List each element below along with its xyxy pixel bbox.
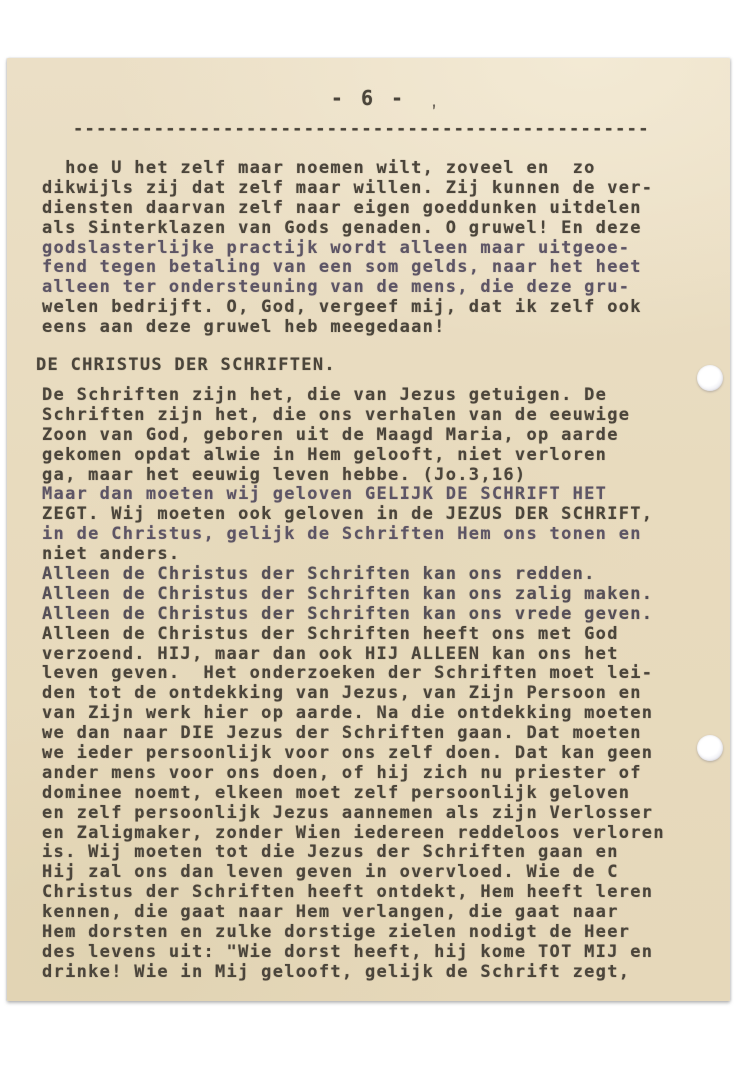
text-line: ga, maar het eeuwig leven hebbe. (Jo.3,1… — [42, 466, 665, 486]
text-line: eens aan deze gruwel heb meegedaan! — [42, 318, 653, 338]
text-line: verzoend. HIJ, maar dan ook HIJ ALLEEN k… — [42, 645, 665, 665]
text-line: Christus der Schriften heeft ontdekt, He… — [42, 883, 665, 903]
text-line: Zoon van God, geboren uit de Maagd Maria… — [42, 426, 665, 446]
text-line: we dan naar DIE Jezus der Schriften gaan… — [42, 724, 665, 744]
paragraph-1: hoe U het zelf maar noemen wilt, zoveel … — [42, 159, 653, 338]
text-line: welen bedrijft. O, God, vergeef mij, dat… — [42, 298, 653, 318]
text-line: drinke! Wie in Mij gelooft, gelijk de Sc… — [42, 963, 665, 983]
text-line: fend tegen betaling van een som gelds, n… — [42, 258, 653, 278]
text-line: hoe U het zelf maar noemen wilt, zoveel … — [42, 159, 653, 179]
text-line: kennen, die gaat naar Hem verlangen, die… — [42, 903, 665, 923]
text-line: Alleen de Christus der Schriften kan ons… — [42, 585, 665, 605]
text-line: Alleen de Christus der Schriften kan ons… — [42, 605, 665, 625]
text-line: diensten daarvan zelf naar eigen goeddun… — [42, 199, 653, 219]
text-line: en zelf persoonlijk Jezus aannemen als z… — [42, 804, 665, 824]
text-line: des levens uit: "Wie dorst heeft, hij ko… — [42, 943, 665, 963]
text-line: den tot de ontdekking van Jezus, van Zij… — [42, 684, 665, 704]
text-line: gekomen opdat alwie in Hem gelooft, niet… — [42, 446, 665, 466]
punch-hole-bottom — [697, 735, 723, 761]
document-paper: - 6 - , --------------------------------… — [7, 58, 730, 1001]
text-line: Hem dorsten en zulke dorstige zielen nod… — [42, 923, 665, 943]
text-line: Schriften zijn het, die ons verhalen van… — [42, 406, 665, 426]
text-line: in de Christus, gelijk de Schriften Hem … — [42, 525, 665, 545]
page-number: - 6 - — [7, 86, 730, 110]
text-line: is. Wij moeten tot die Jezus der Schrift… — [42, 843, 665, 863]
text-line: Hij zal ons dan leven geven in overvloed… — [42, 863, 665, 883]
scanned-page: - 6 - , --------------------------------… — [0, 0, 738, 1068]
text-line: leven geven. Het onderzoeken der Schrift… — [42, 664, 665, 684]
text-line: dominee noemt, elkeen moet zelf persoonl… — [42, 784, 665, 804]
paragraph-2: De Schriften zijn het, die van Jezus get… — [42, 386, 665, 983]
text-line: De Schriften zijn het, die van Jezus get… — [42, 386, 665, 406]
divider-dashed-line: ----------------------------------------… — [73, 119, 650, 139]
text-line: als Sinterklazen van Gods genaden. O gru… — [42, 219, 653, 239]
text-line: niet anders. — [42, 545, 665, 565]
text-line: alleen ter ondersteuning van de mens, di… — [42, 278, 653, 298]
text-line: we ieder persoonlijk voor ons zelf doen.… — [42, 744, 665, 764]
punch-hole-top — [697, 365, 723, 391]
section-heading: DE CHRISTUS DER SCHRIFTEN. — [36, 355, 336, 375]
text-line: ander mens voor ons doen, of hij zich nu… — [42, 764, 665, 784]
text-line: godslasterlijke practijk wordt alleen ma… — [42, 239, 653, 259]
text-line: van Zijn werk hier op aarde. Na die ontd… — [42, 704, 665, 724]
text-line: Maar dan moeten wij geloven GELIJK DE SC… — [42, 485, 665, 505]
text-line: dikwijls zij dat zelf maar willen. Zij k… — [42, 179, 653, 199]
text-line: ZEGT. Wij moeten ook geloven in de JEZUS… — [42, 505, 665, 525]
text-line: Alleen de Christus der Schriften kan ons… — [42, 565, 665, 585]
text-line: Alleen de Christus der Schriften heeft o… — [42, 625, 665, 645]
text-line: en Zaligmaker, zonder Wien iedereen redd… — [42, 824, 665, 844]
